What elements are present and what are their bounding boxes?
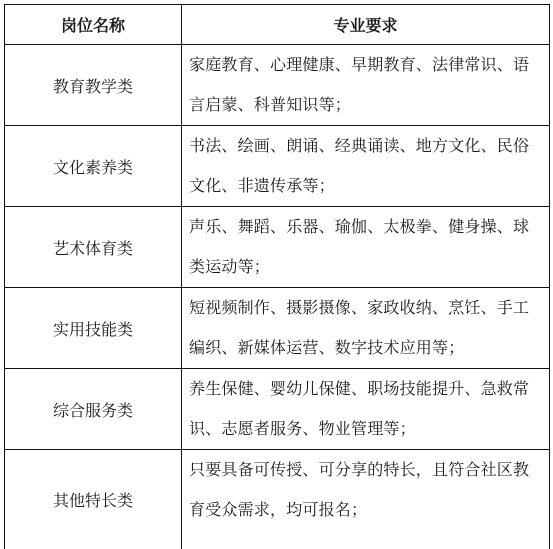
position-requirements: 家庭教育、心理健康、早期教育、法律常识、语言启蒙、科普知识等；: [182, 45, 550, 126]
table-row: 实用技能类 短视频制作、摄影摄像、家政收纳、烹饪、手工编织、新媒体运营、数字技术…: [5, 288, 550, 369]
table-row: 艺术体育类 声乐、舞蹈、乐器、瑜伽、太极拳、健身操、球类运动等；: [5, 207, 550, 288]
position-requirements: 声乐、舞蹈、乐器、瑜伽、太极拳、健身操、球类运动等；: [182, 207, 550, 288]
header-requirements: 专业要求: [182, 5, 550, 45]
position-name: 综合服务类: [5, 369, 182, 450]
position-name: 文化素养类: [5, 126, 182, 207]
position-requirements-table: 岗位名称 专业要求 教育教学类 家庭教育、心理健康、早期教育、法律常识、语言启蒙…: [4, 4, 550, 549]
position-name: 其他特长类: [5, 450, 182, 549]
position-requirements: 短视频制作、摄影摄像、家政收纳、烹饪、手工编织、新媒体运营、数字技术应用等；: [182, 288, 550, 369]
position-name: 教育教学类: [5, 45, 182, 126]
position-name: 实用技能类: [5, 288, 182, 369]
table-row: 教育教学类 家庭教育、心理健康、早期教育、法律常识、语言启蒙、科普知识等；: [5, 45, 550, 126]
position-requirements: 养生保健、婴幼儿保健、职场技能提升、急救常识、志愿者服务、物业管理等；: [182, 369, 550, 450]
table-header-row: 岗位名称 专业要求: [5, 5, 550, 45]
table-row: 综合服务类 养生保健、婴幼儿保健、职场技能提升、急救常识、志愿者服务、物业管理等…: [5, 369, 550, 450]
table-row: 文化素养类 书法、绘画、朗诵、经典诵读、地方文化、民俗文化、非遗传承等；: [5, 126, 550, 207]
header-position-name: 岗位名称: [5, 5, 182, 45]
table-row: 其他特长类 只要具备可传授、可分享的特长，且符合社区教育受众需求，均可报名；: [5, 450, 550, 549]
position-requirements: 只要具备可传授、可分享的特长，且符合社区教育受众需求，均可报名；: [182, 450, 550, 549]
position-name: 艺术体育类: [5, 207, 182, 288]
position-requirements: 书法、绘画、朗诵、经典诵读、地方文化、民俗文化、非遗传承等；: [182, 126, 550, 207]
